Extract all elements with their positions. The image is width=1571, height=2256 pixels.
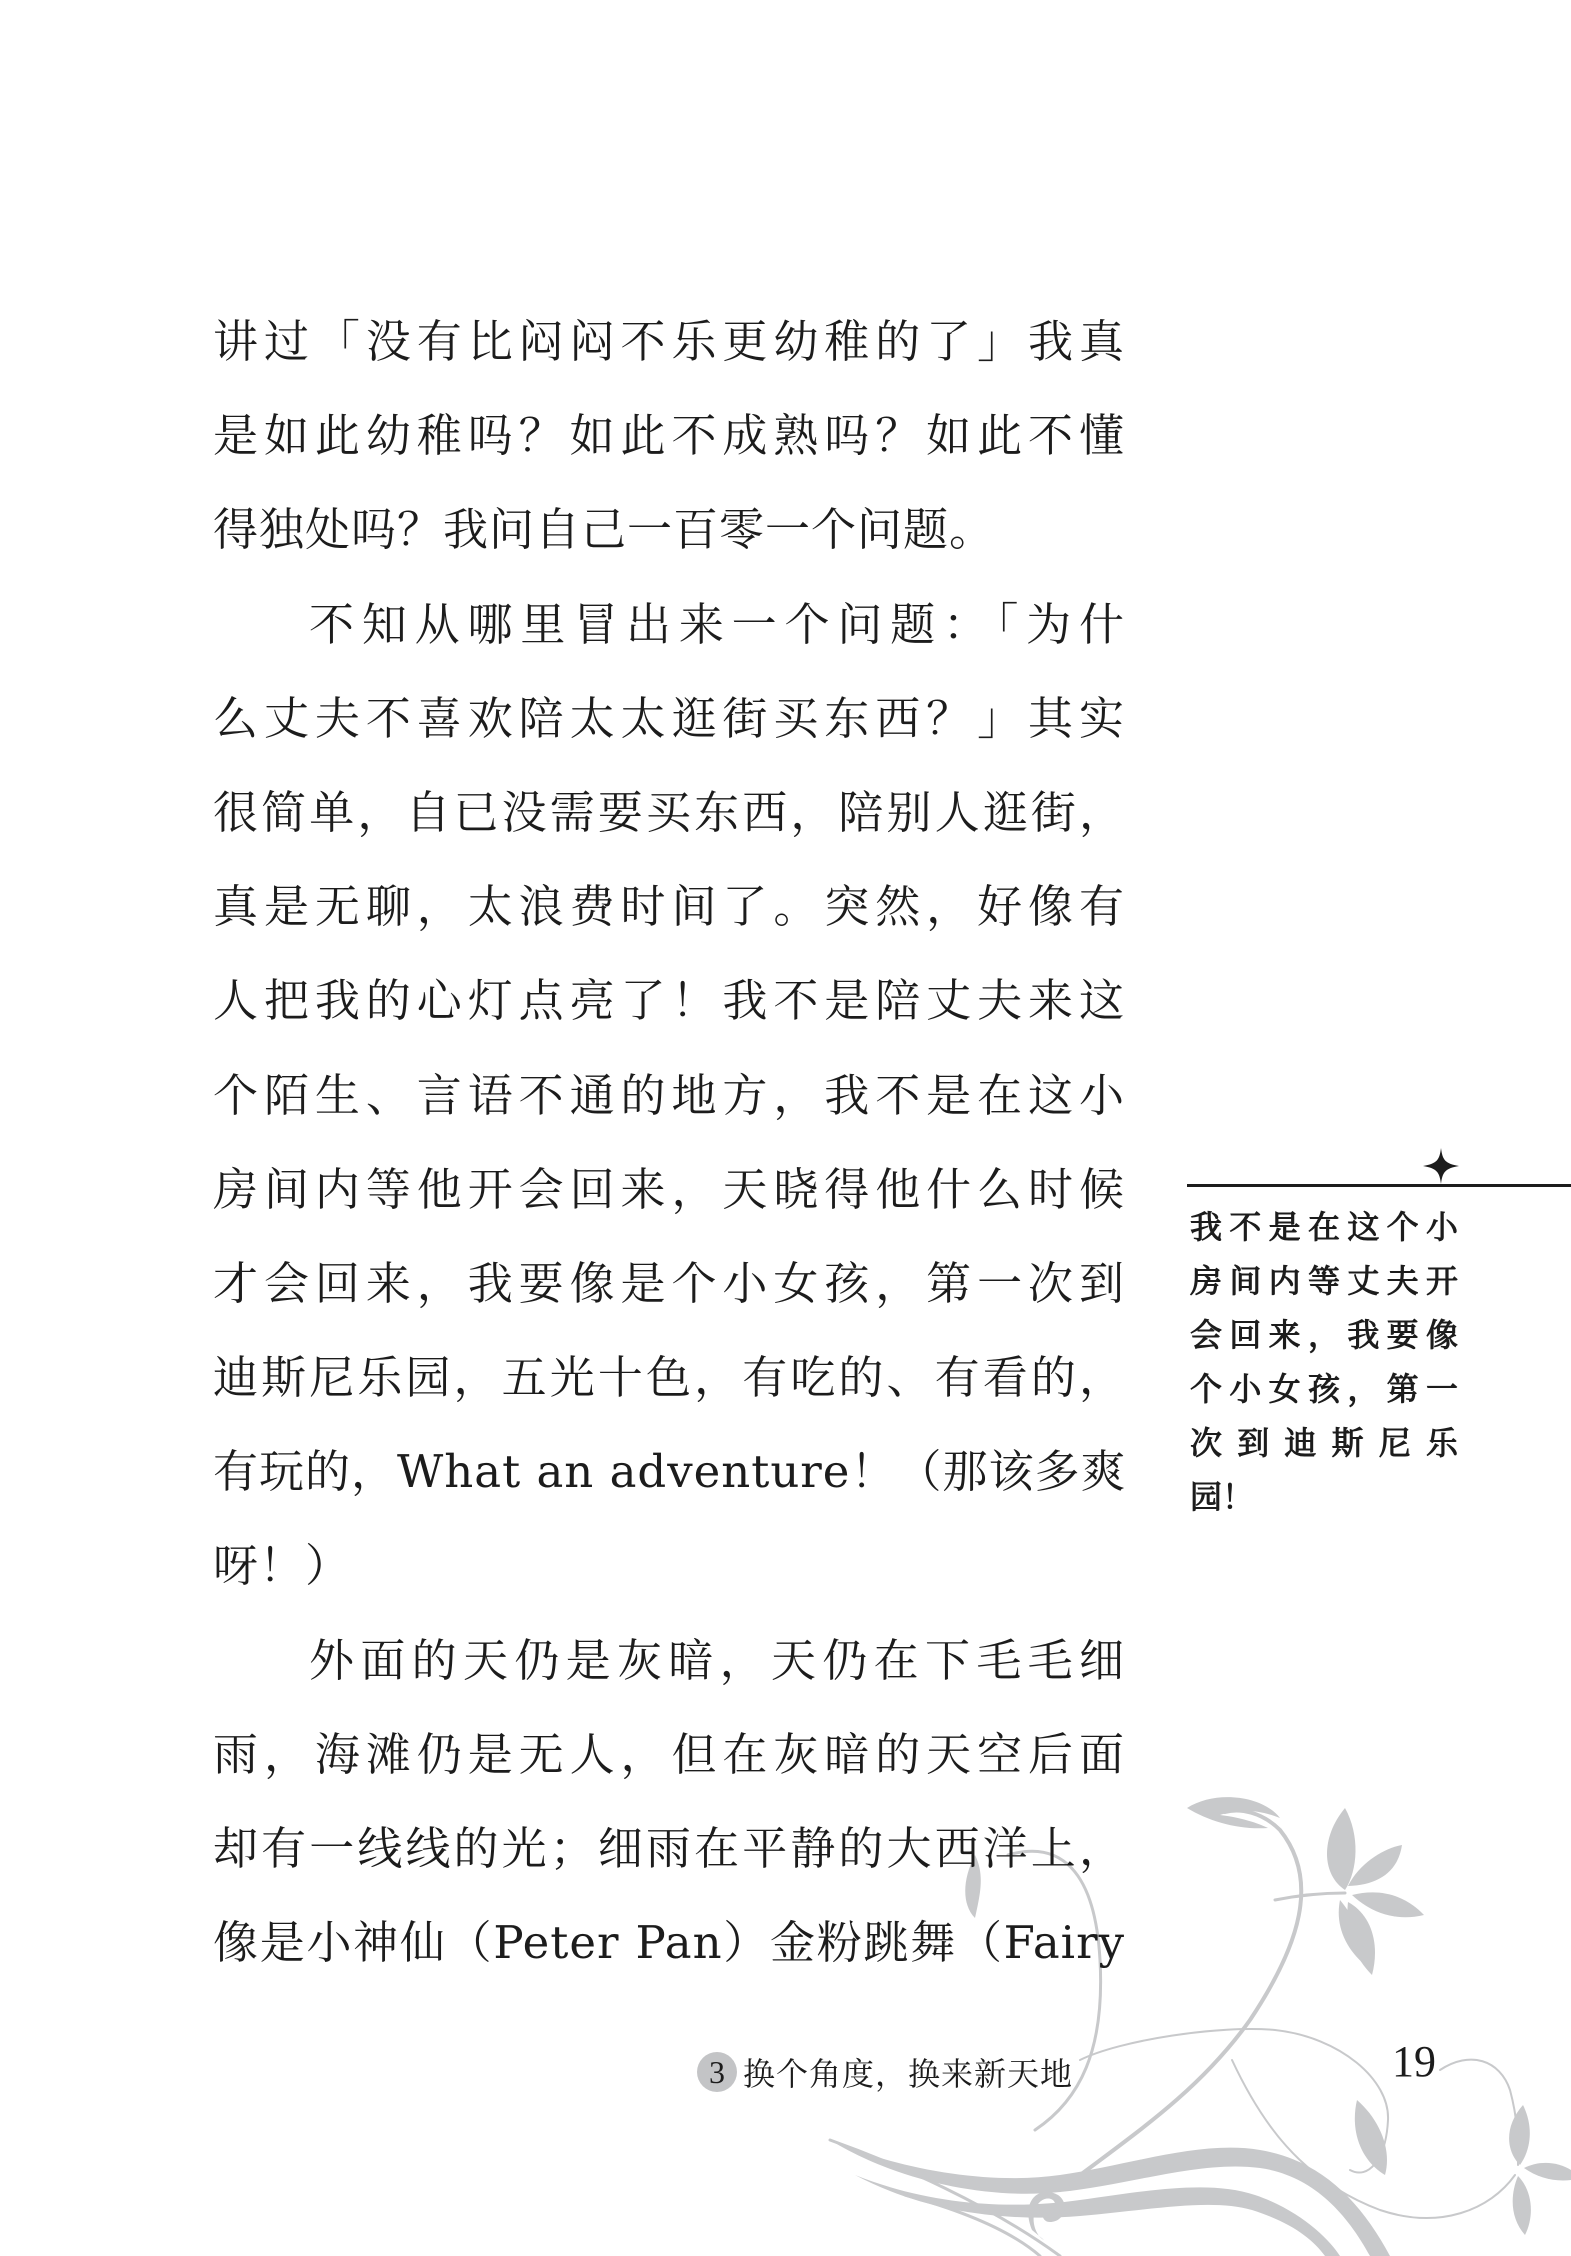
- body-line: 么丈夫不喜欢陪太太逛街买东西？」其实: [213, 672, 1125, 766]
- pull-quote: 我不是在这个小 房间内等丈夫开 会回来，我要像 个小女孩，第一 次到迪斯尼乐 园…: [1187, 1140, 1571, 1540]
- body-line: 呀！）: [213, 1519, 1125, 1613]
- body-line: 迪斯尼乐园，五光十色，有吃的、有看的，: [213, 1331, 1125, 1425]
- body-line: 却有一线线的光；细雨在平静的大西洋上，: [213, 1802, 1125, 1896]
- pull-quote-rule: [1187, 1184, 1571, 1187]
- book-page: 讲过「没有比闷闷不乐更幼稚的了」我真 是如此幼稚吗？如此不成熟吗？如此不懂 得独…: [0, 0, 1571, 2256]
- body-line: 人把我的心灯点亮了！我不是陪丈夫来这: [213, 954, 1125, 1048]
- pull-quote-line: 房间内等丈夫开: [1190, 1254, 1458, 1308]
- four-point-star-icon: [1423, 1148, 1459, 1184]
- chapter-title: 换个角度，换来新天地: [743, 2049, 1073, 2095]
- body-line: 才会回来，我要像是个小女孩，第一次到: [213, 1237, 1125, 1331]
- body-line: 是如此幼稚吗？如此不成熟吗？如此不懂: [213, 389, 1125, 483]
- body-line: 真是无聊，太浪费时间了。突然，好像有: [213, 860, 1125, 954]
- body-line: 外面的天仍是灰暗，天仍在下毛毛细: [213, 1614, 1125, 1708]
- body-line: 个陌生、言语不通的地方，我不是在这小: [213, 1049, 1125, 1143]
- pull-quote-line: 次到迪斯尼乐: [1190, 1416, 1458, 1470]
- chapter-number-badge: 3: [697, 2052, 737, 2092]
- page-number: 19: [1392, 2036, 1436, 2087]
- chapter-footer: 3 换个角度，换来新天地: [697, 2050, 1073, 2094]
- pull-quote-line: 会回来，我要像: [1190, 1308, 1458, 1362]
- pull-quote-line: 个小女孩，第一: [1190, 1362, 1458, 1416]
- body-line: 不知从哪里冒出来一个问题：「为什: [213, 578, 1125, 672]
- body-line: 房间内等他开会回来，天晓得他什么时候: [213, 1143, 1125, 1237]
- body-line: 得独处吗？我问自己一百零一个问题。: [213, 483, 1125, 577]
- body-line: 雨，海滩仍是无人，但在灰暗的天空后面: [213, 1708, 1125, 1802]
- pull-quote-line: 我不是在这个小: [1190, 1200, 1458, 1254]
- pull-quote-text: 我不是在这个小 房间内等丈夫开 会回来，我要像 个小女孩，第一 次到迪斯尼乐 园…: [1190, 1200, 1458, 1524]
- body-line: 有玩的，What an adventure！（那该多爽: [213, 1425, 1125, 1519]
- body-line: 很简单，自已没需要买东西，陪别人逛街，: [213, 766, 1125, 860]
- body-line: 讲过「没有比闷闷不乐更幼稚的了」我真: [213, 295, 1125, 389]
- pull-quote-line: 园！: [1190, 1470, 1458, 1524]
- body-text: 讲过「没有比闷闷不乐更幼稚的了」我真 是如此幼稚吗？如此不成熟吗？如此不懂 得独…: [213, 295, 1125, 1990]
- body-line: 像是小神仙（Peter Pan）金粉跳舞（Fairy: [213, 1896, 1125, 1990]
